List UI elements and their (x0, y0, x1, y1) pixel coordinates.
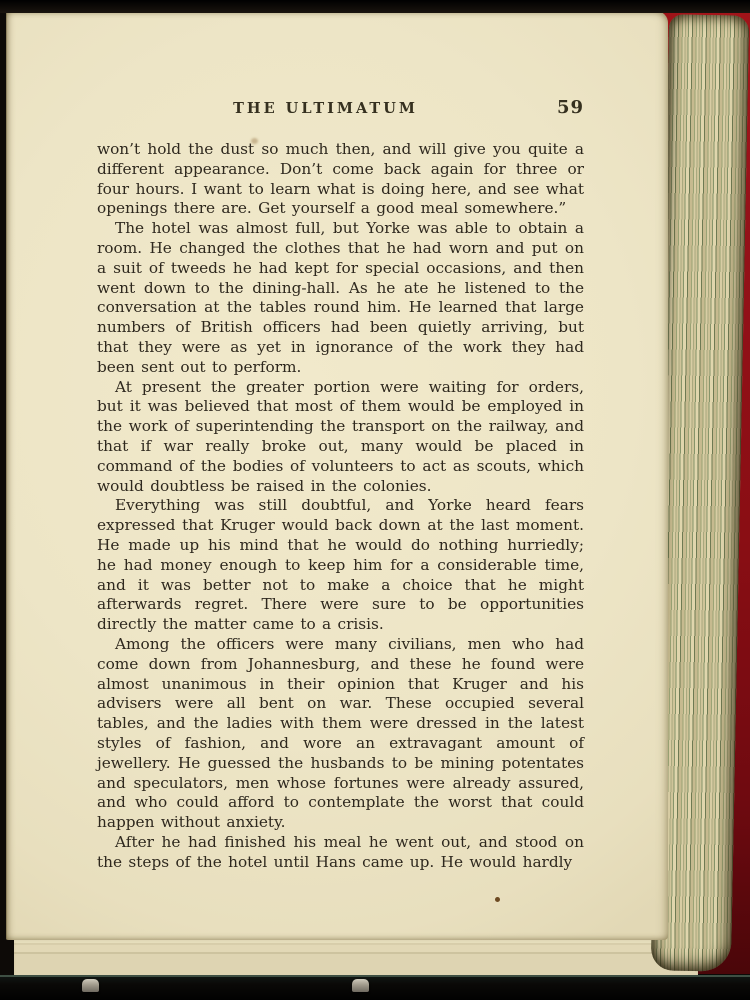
paragraph: Everything was still doubtful, and Yorke… (97, 496, 584, 635)
scanner-strip-bottom (0, 975, 750, 1000)
paragraph: At present the greater portion were wait… (97, 378, 584, 497)
body-text: won’t hold the dust so much then, and wi… (97, 140, 584, 872)
cradle-clip-right (352, 979, 369, 992)
cradle-clip-left (82, 979, 99, 992)
paragraph: Among the officers were many civilians, … (97, 635, 584, 833)
paragraph: won’t hold the dust so much then, and wi… (97, 140, 584, 219)
header-title: THE ULTIMATUM (97, 100, 554, 117)
page-number: 59 (557, 97, 584, 118)
scanner-strip-top (0, 0, 750, 13)
running-header: THE ULTIMATUM 59 (97, 100, 584, 122)
paragraph: After he had finished his meal he went o… (97, 833, 584, 873)
scan-blemish (251, 138, 258, 144)
page-content: THE ULTIMATUM 59 won’t hold the dust so … (97, 100, 584, 872)
paragraph: The hotel was almost full, but Yorke was… (97, 219, 584, 377)
scan-blemish (495, 897, 500, 902)
scanned-book-photo: THE ULTIMATUM 59 won’t hold the dust so … (0, 0, 750, 1000)
underlying-page-edges (14, 936, 698, 976)
